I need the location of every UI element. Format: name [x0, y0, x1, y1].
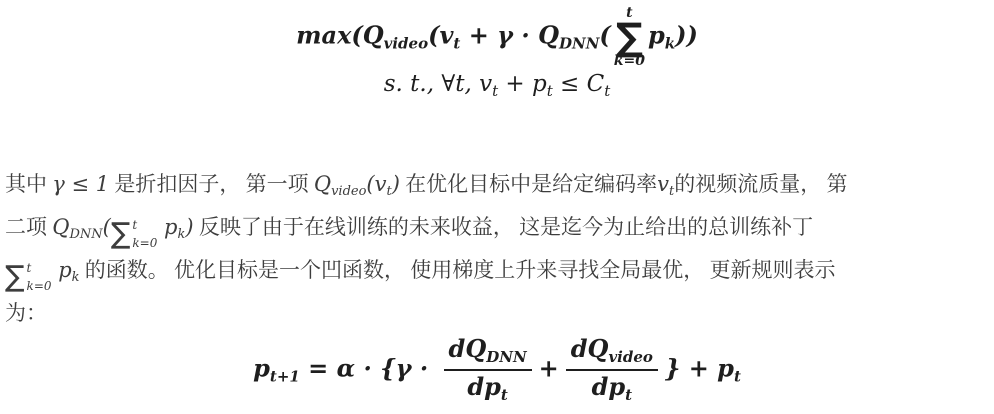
math-token: dQ — [571, 334, 609, 363]
inline-math: v — [657, 172, 669, 196]
body-paragraph: 其中 γ ≤ 1 是折扣因子， 第一项 Qvideo(vt) 在优化目标中是给定… — [5, 163, 991, 335]
math-token: p — [648, 21, 665, 50]
math-subscript: t — [604, 82, 610, 100]
objective-equation: max(Qvideo(vt + γ · QDNN(t∑k=0pk)) s. t.… — [0, 6, 994, 100]
cjk-text-run: 是折扣因子， 第一项 — [109, 172, 314, 196]
math-subscript: DNN — [69, 227, 102, 242]
inline-summation: ∑tk=0 — [5, 262, 52, 292]
math-token: p — [253, 353, 270, 382]
math-subscript: video — [608, 348, 652, 366]
sigma-icon: ∑ — [616, 20, 643, 54]
sum-limits: tk=0 — [27, 262, 52, 292]
cjk-text-run: 的视频流质量， 第 — [674, 172, 847, 196]
cjk-text-run: 二项 — [5, 215, 52, 239]
math-token: + — [539, 353, 559, 382]
math-subscript: t — [734, 367, 741, 385]
math-token: ≤ C — [553, 71, 605, 97]
denominator: dpt — [592, 371, 633, 404]
sum-lower-limit: k=0 — [132, 237, 157, 249]
objective-equation-line1: max(Qvideo(vt + γ · QDNN(t∑k=0pk)) — [0, 6, 994, 68]
numerator: dQDNN — [444, 336, 532, 371]
math-token: dp — [592, 372, 626, 401]
math-subscript: DNN — [559, 35, 599, 53]
fraction-dqvideo: dQvideodpt — [566, 336, 658, 404]
inline-math: γ ≤ 1 — [52, 172, 109, 196]
document-page: max(Qvideo(vt + γ · QDNN(t∑k=0pk)) s. t.… — [0, 0, 994, 414]
math-token: ( — [599, 21, 610, 50]
math-subscript: DNN — [486, 348, 526, 366]
inline-math: (v — [366, 172, 386, 196]
math-token: } + p — [665, 353, 734, 382]
math-subscript: k — [72, 270, 80, 285]
numerator: dQvideo — [566, 336, 658, 371]
paragraph-line-1: 其中 γ ≤ 1 是折扣因子， 第一项 Qvideo(vt) 在优化目标中是给定… — [5, 163, 991, 206]
math-token: dQ — [449, 334, 487, 363]
math-token: = α · {γ · — [300, 353, 437, 382]
math-subscript: t — [625, 386, 632, 404]
paragraph-line-2: 二项 QDNN(∑tk=0 pk) 反映了由于在线训练的未来收益， 这是迄今为止… — [5, 206, 991, 249]
sigma-icon: ∑ — [111, 219, 131, 248]
paragraph-line-3: ∑tk=0 pk 的函数。 优化目标是一个凹函数， 使用梯度上升来寻找全局最优，… — [5, 249, 991, 292]
cjk-text-run: 反映了由于在线训练的未来收益， 这是迄今为止给出的总训练补丁 — [194, 215, 814, 239]
inline-math: ) — [185, 215, 193, 239]
inline-math: Q — [52, 215, 69, 239]
cjk-text-run: 的函数。 优化目标是一个凹函数， 使用梯度上升来寻找全局最优， 更新规则表示 — [80, 258, 836, 282]
denominator: dpt — [467, 371, 508, 404]
math-subscript: t+1 — [270, 367, 300, 385]
update-rule-equation: pt+1 = α · {γ · dQDNNdpt+dQvideodpt} + p… — [0, 336, 994, 404]
inline-math: ) — [392, 172, 400, 196]
math-token: + p — [498, 71, 547, 97]
inline-math: Q — [314, 172, 331, 196]
math-subscript: video — [331, 184, 366, 199]
inline-math: ( — [103, 215, 111, 239]
cjk-text-run: 其中 — [5, 172, 52, 196]
inline-math: p — [52, 258, 72, 282]
paragraph-line-4: 为： — [5, 292, 991, 335]
math-token: max(Q — [296, 21, 384, 50]
inline-math: p — [157, 215, 177, 239]
sum-lower-limit: k=0 — [614, 54, 645, 68]
math-subscript: k — [665, 35, 675, 53]
cjk-text-run: 在优化目标中是给定编码率 — [400, 172, 657, 196]
inline-summation: ∑tk=0 — [111, 219, 158, 249]
math-subscript: video — [384, 35, 428, 53]
fraction-dqdnn: dQDNNdpt — [444, 336, 532, 404]
math-token: s. t., ∀t, v — [384, 71, 492, 97]
sum-upper-limit: t — [132, 219, 157, 231]
cjk-text-run: 为： — [5, 301, 47, 325]
sigma-icon: ∑ — [5, 262, 25, 291]
math-token: )) — [675, 21, 698, 50]
math-token: + γ · Q — [460, 21, 559, 50]
constraint-equation-line: s. t., ∀t, vt + pt ≤ Ct — [0, 71, 994, 100]
sum-lower-limit: k=0 — [27, 280, 52, 292]
summation-symbol: t∑k=0 — [614, 6, 645, 68]
math-token: dp — [467, 372, 501, 401]
math-token: (v — [428, 21, 453, 50]
sum-upper-limit: t — [27, 262, 52, 274]
sum-limits: tk=0 — [132, 219, 157, 249]
math-subscript: t — [501, 386, 508, 404]
